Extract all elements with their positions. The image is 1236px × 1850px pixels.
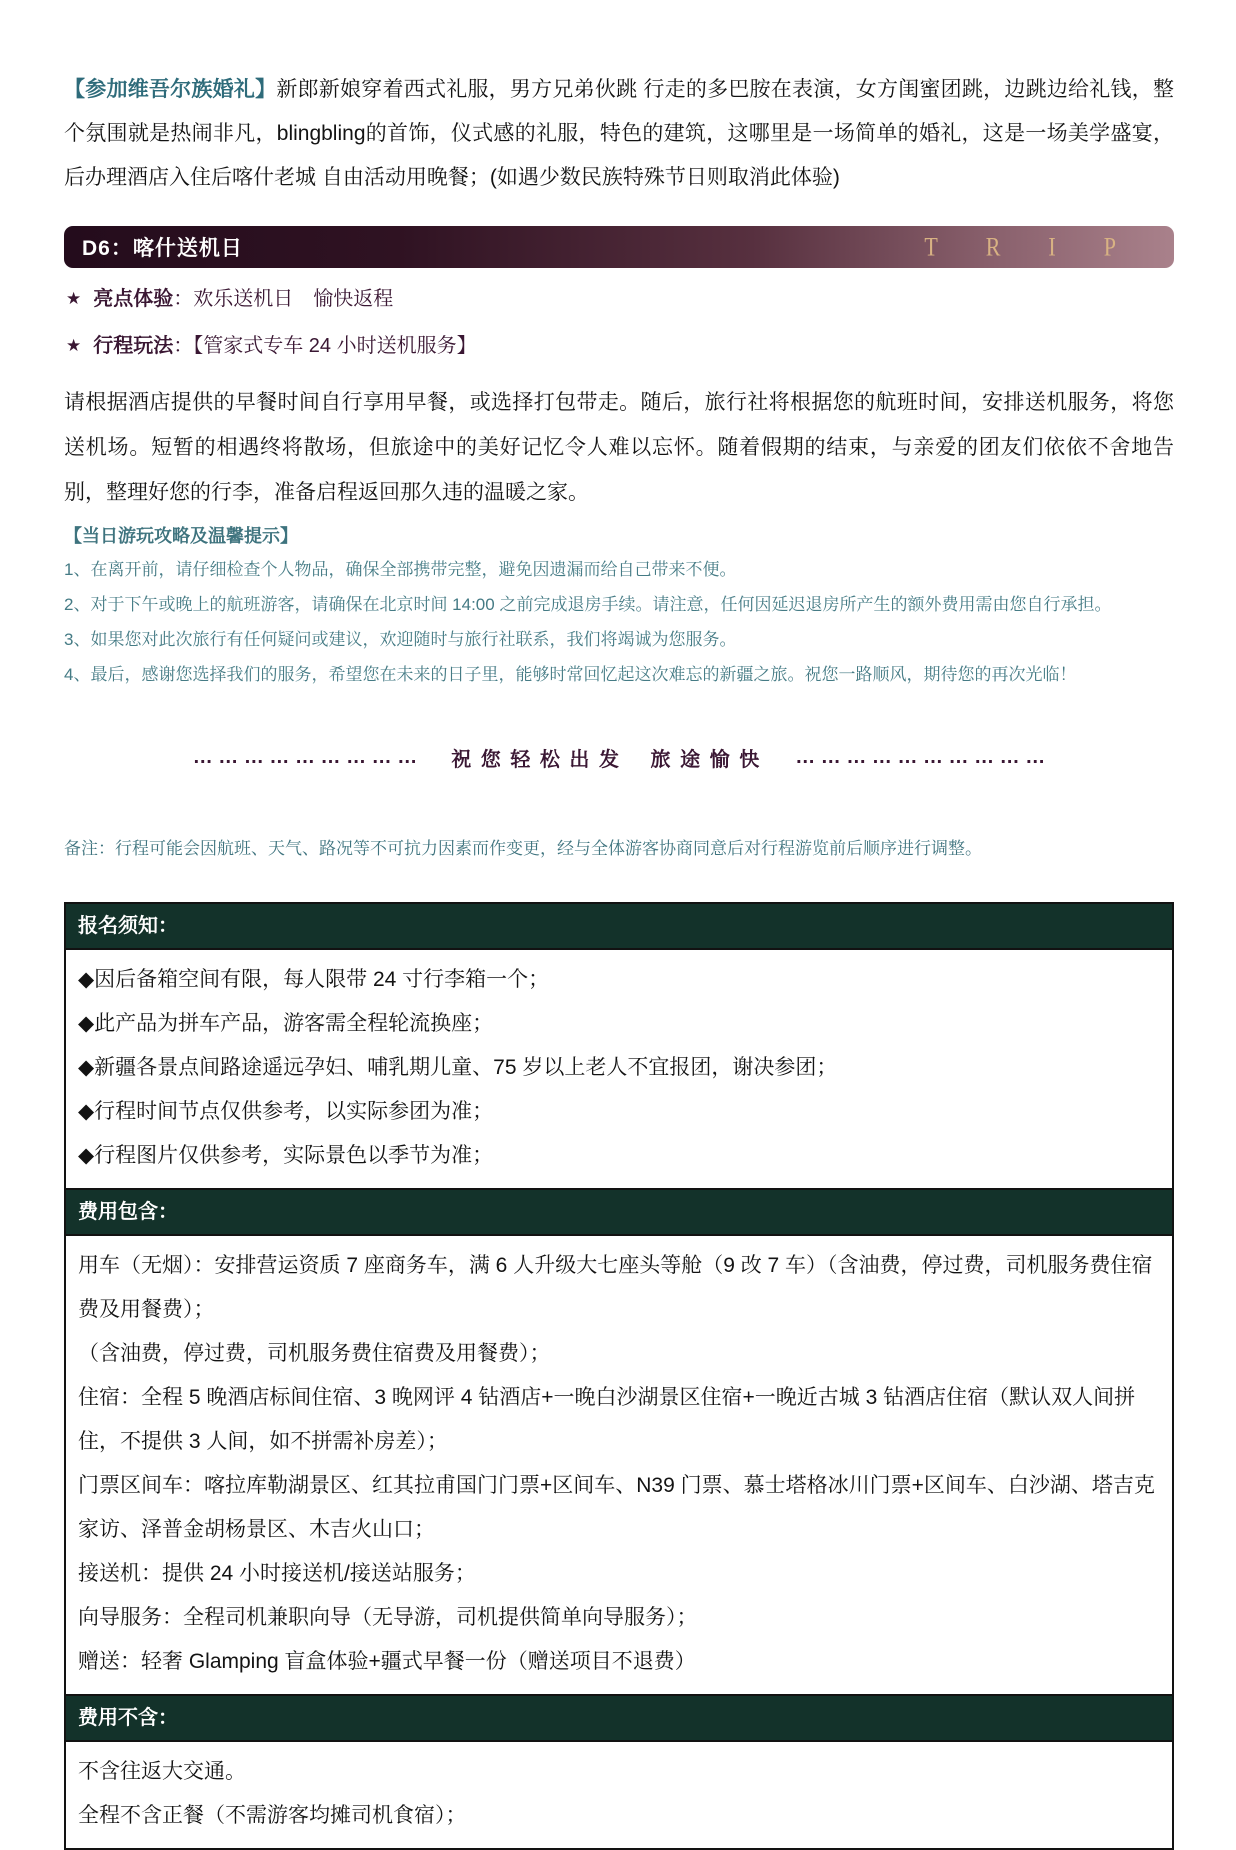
table-row: 住宿：全程 5 晚酒店标间住宿、3 晚网评 4 钻酒店+一晚白沙湖景区住宿+一晚… — [78, 1376, 1158, 1464]
table-body-signup-notice: ◆因后备箱空间有限，每人限带 24 寸行李箱一个； ◆此产品为拼车产品，游客需全… — [66, 950, 1172, 1188]
itinerary-play-label: 行程玩法 — [93, 335, 173, 357]
farewell-dashes-left: … … … … … … … … … — [193, 746, 417, 769]
farewell-text: 祝 您 轻 松 出 发 旅 途 愉 快 — [451, 743, 761, 772]
table-row: （含油费，停过费，司机服务费住宿费及用餐费）； — [78, 1332, 1158, 1376]
table-row: ◆行程时间节点仅供参考，以实际参团为准； — [78, 1090, 1158, 1134]
highlight-experience-label: 亮点体验 — [93, 288, 173, 310]
table-row: 门票区间车：喀拉库勒湖景区、红其拉甫国门门票+区间车、N39 门票、慕士塔格冰川… — [78, 1464, 1158, 1552]
day6-header-bar: D6：喀什送机日 TRIP — [64, 226, 1174, 268]
info-table: 报名须知： ◆因后备箱空间有限，每人限带 24 寸行李箱一个； ◆此产品为拼车产… — [64, 902, 1174, 1850]
tip-item-1: 1、在离开前，请仔细检查个人物品，确保全部携带完整，避免因遗漏而给自己带来不便。 — [64, 556, 1174, 584]
star-icon: ★ — [66, 336, 81, 355]
table-body-fee-excluded: 不含往返大交通。 全程不含正餐（不需游客均摊司机食宿）； — [66, 1742, 1172, 1848]
table-header-signup-notice: 报名须知： — [66, 904, 1172, 950]
wedding-intro-label: 【参加维吾尔族婚礼】 — [64, 78, 276, 101]
table-row: 向导服务：全程司机兼职向导（无导游，司机提供简单向导服务）； — [78, 1596, 1158, 1640]
highlight-experience-text: ：欢乐送机日 愉快返程 — [173, 288, 393, 310]
star-icon: ★ — [66, 289, 81, 308]
wedding-intro-paragraph: 【参加维吾尔族婚礼】新郎新娘穿着西式礼服，男方兄弟伙跳 行走的多巴胺在表演，女方… — [64, 68, 1174, 200]
itinerary-play-line: ★行程玩法：【管家式专车 24 小时送机服务】 — [66, 331, 1174, 362]
table-row: ◆此产品为拼车产品，游客需全程轮流换座； — [78, 1002, 1158, 1046]
table-row: ◆行程图片仅供参考，实际景色以季节为准； — [78, 1134, 1158, 1178]
tips-section: 【当日游玩攻略及温馨提示】 1、在离开前，请仔细检查个人物品，确保全部携带完整，… — [64, 523, 1174, 689]
remark-note: 备注：行程可能会因航班、天气、路况等不可抗力因素而作变更，经与全体游客协商同意后… — [64, 836, 1174, 862]
itinerary-play-text: ：【管家式专车 24 小时送机服务】 — [173, 335, 476, 357]
table-row: 不含往返大交通。 — [78, 1750, 1158, 1794]
tip-item-3: 3、如果您对此次旅行有任何疑问或建议，欢迎随时与旅行社联系，我们将竭诚为您服务。 — [64, 626, 1174, 654]
tip-item-4: 4、最后，感谢您选择我们的服务，希望您在未来的日子里，能够时常回忆起这次难忘的新… — [64, 661, 1174, 689]
farewell-line: … … … … … … … … … 祝 您 轻 松 出 发 旅 途 愉 快 … … — [64, 743, 1174, 772]
farewell-dashes-right: … … … … … … … … … … — [795, 746, 1045, 769]
table-header-fee-excluded: 费用不含： — [66, 1694, 1172, 1742]
table-row: 用车（无烟）：安排营运资质 7 座商务车，满 6 人升级大七座头等舱（9 改 7… — [78, 1244, 1158, 1332]
tip-item-2: 2、对于下午或晚上的航班游客，请确保在北京时间 14:00 之前完成退房手续。请… — [64, 591, 1174, 619]
transfer-description-paragraph: 请根据酒店提供的早餐时间自行享用早餐，或选择打包带走。随后，旅行社将根据您的航班… — [64, 380, 1174, 515]
tips-heading: 【当日游玩攻略及温馨提示】 — [64, 523, 1174, 549]
table-row: ◆新疆各景点间路途遥远孕妇、哺乳期儿童、75 岁以上老人不宜报团，谢决参团； — [78, 1046, 1158, 1090]
table-row: ◆因后备箱空间有限，每人限带 24 寸行李箱一个； — [78, 958, 1158, 1002]
itinerary-page: 【参加维吾尔族婚礼】新郎新娘穿着西式礼服，男方兄弟伙跳 行走的多巴胺在表演，女方… — [0, 0, 1236, 1850]
day6-title: D6：喀什送机日 — [82, 232, 243, 262]
highlight-experience-line: ★亮点体验：欢乐送机日 愉快返程 — [66, 284, 1174, 315]
table-row: 接送机：提供 24 小时接送机/接送站服务； — [78, 1552, 1158, 1596]
table-body-fee-included: 用车（无烟）：安排营运资质 7 座商务车，满 6 人升级大七座头等舱（9 改 7… — [66, 1236, 1172, 1694]
table-row: 赠送：轻奢 Glamping 盲盒体验+疆式早餐一份（赠送项目不退费） — [78, 1640, 1158, 1684]
trip-watermark: TRIP — [924, 231, 1164, 262]
table-row: 全程不含正餐（不需游客均摊司机食宿）； — [78, 1794, 1158, 1838]
table-header-fee-included: 费用包含： — [66, 1188, 1172, 1236]
